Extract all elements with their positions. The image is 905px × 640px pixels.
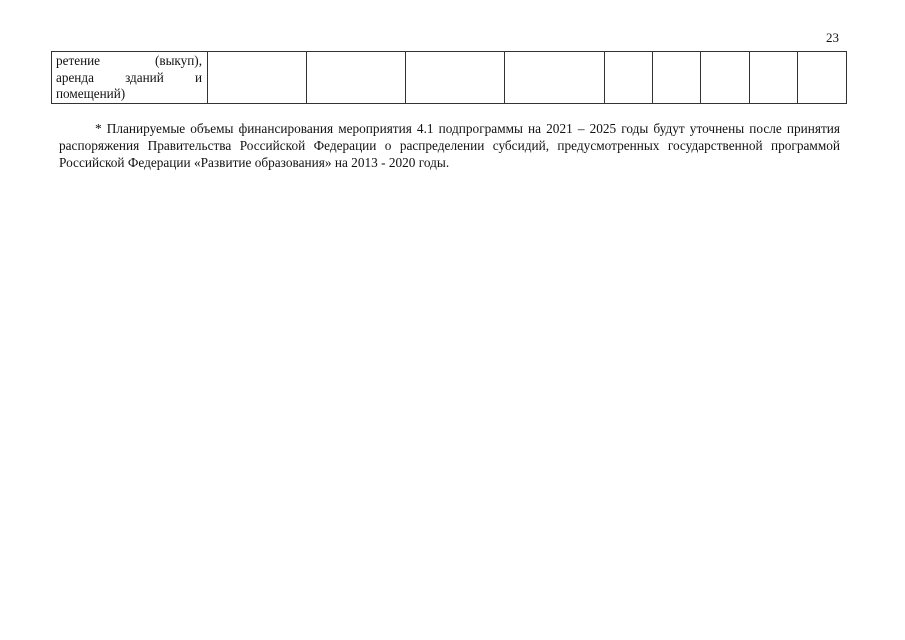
table-row: ретение (выкуп), аренда зданий и помещен… [52,52,847,104]
table-cell [605,52,653,104]
description-line: ретение (выкуп), [56,53,202,70]
measure-description-cell: ретение (выкуп), аренда зданий и помещен… [52,52,208,104]
table-cell [750,52,798,104]
footnote: * Планируемые объемы финансирования меро… [59,120,840,171]
budget-table: ретение (выкуп), аренда зданий и помещен… [51,51,847,104]
table-cell [208,52,307,104]
table-cell [798,52,847,104]
table-cell [307,52,406,104]
page-number: 23 [826,30,839,46]
table-cell [505,52,605,104]
footnote-text: * Планируемые объемы финансирования меро… [59,120,840,171]
table-cell [653,52,701,104]
description-line: помещений) [56,86,202,103]
description-line: аренда зданий и [56,70,202,87]
table-cell [406,52,505,104]
table-cell [701,52,750,104]
